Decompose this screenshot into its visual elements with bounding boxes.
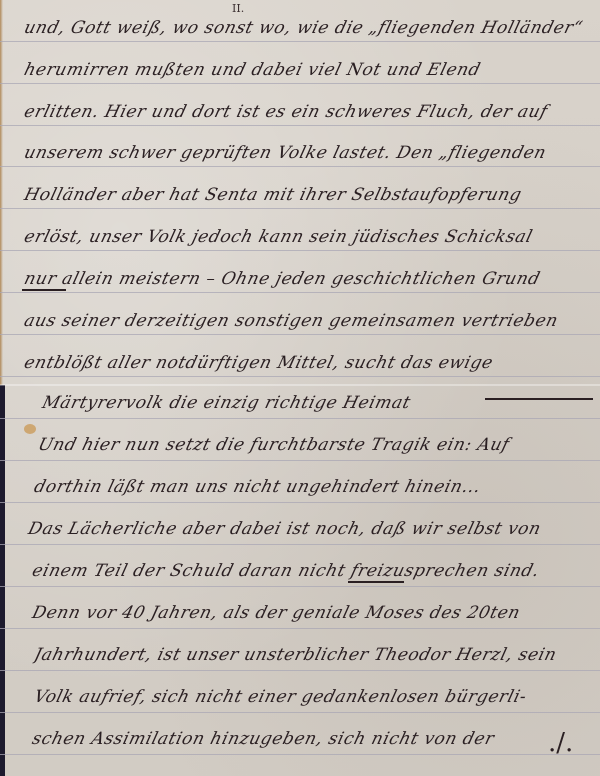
page-number: II.	[232, 2, 244, 15]
ruled-line	[0, 586, 600, 587]
underline-mark	[348, 581, 404, 583]
underline-mark	[22, 289, 66, 291]
ruled-line	[0, 712, 600, 713]
letter-page: II. und, Gott weiß, wo sonst wo, wie die…	[0, 0, 600, 776]
paper-edge-stain	[0, 0, 3, 385]
text-line: herumirren mußten und dabei viel Not und…	[22, 60, 597, 80]
ruled-line	[0, 41, 600, 42]
ruled-line	[0, 670, 600, 671]
ink-stain	[24, 424, 36, 434]
ruled-line	[0, 292, 600, 293]
text-line: Und hier nun setzt die furchtbarste Trag…	[36, 435, 597, 455]
text-line: dorthin läßt man uns nicht ungehindert h…	[32, 477, 597, 497]
text-line: erlöst, unser Volk jedoch kann sein jüdi…	[22, 227, 597, 247]
continuation-mark: ./.	[548, 728, 573, 758]
text-line: Denn vor 40 Jahren, als der geniale Mose…	[30, 603, 597, 623]
text-line: und, Gott weiß, wo sonst wo, wie die „fl…	[22, 18, 597, 38]
paper-fold-line	[0, 384, 600, 386]
ruled-line	[0, 334, 600, 335]
text-line: Jahrhundert, ist unser unsterblicher The…	[32, 645, 597, 665]
ruled-line	[0, 418, 600, 419]
text-line: erlitten. Hier und dort ist es ein schwe…	[22, 102, 597, 122]
closing-dash	[485, 398, 593, 400]
ruled-line	[0, 544, 600, 545]
ruled-line	[0, 754, 600, 755]
ruled-line	[0, 125, 600, 126]
ruled-line	[0, 502, 600, 503]
text-line: entblößt aller notdürftigen Mittel, such…	[22, 353, 597, 373]
ruled-line	[0, 376, 600, 377]
ruled-line	[0, 460, 600, 461]
text-line: aus seiner derzeitigen sonstigen gemeins…	[22, 311, 597, 331]
ruled-line	[0, 628, 600, 629]
text-line: Das Lächerliche aber dabei ist noch, daß…	[26, 519, 597, 539]
text-line: schen Assimilation hinzugeben, sich nich…	[30, 729, 597, 749]
text-line: Volk aufrief, sich nicht einer gedankenl…	[32, 687, 597, 707]
background-edge	[0, 385, 5, 776]
ruled-line	[0, 250, 600, 251]
text-line: unserem schwer geprüften Volke lastet. D…	[22, 143, 597, 163]
ruled-line	[0, 166, 600, 167]
text-line: Holländer aber hat Senta mit ihrer Selbs…	[22, 185, 597, 205]
ruled-line	[0, 83, 600, 84]
text-line: einem Teil der Schuld daran nicht freizu…	[30, 561, 597, 581]
text-line: Märtyrervolk die einzig richtige Heimat	[40, 393, 597, 413]
ruled-line	[0, 208, 600, 209]
text-line: nur allein meistern – Ohne jeden geschic…	[22, 269, 597, 289]
